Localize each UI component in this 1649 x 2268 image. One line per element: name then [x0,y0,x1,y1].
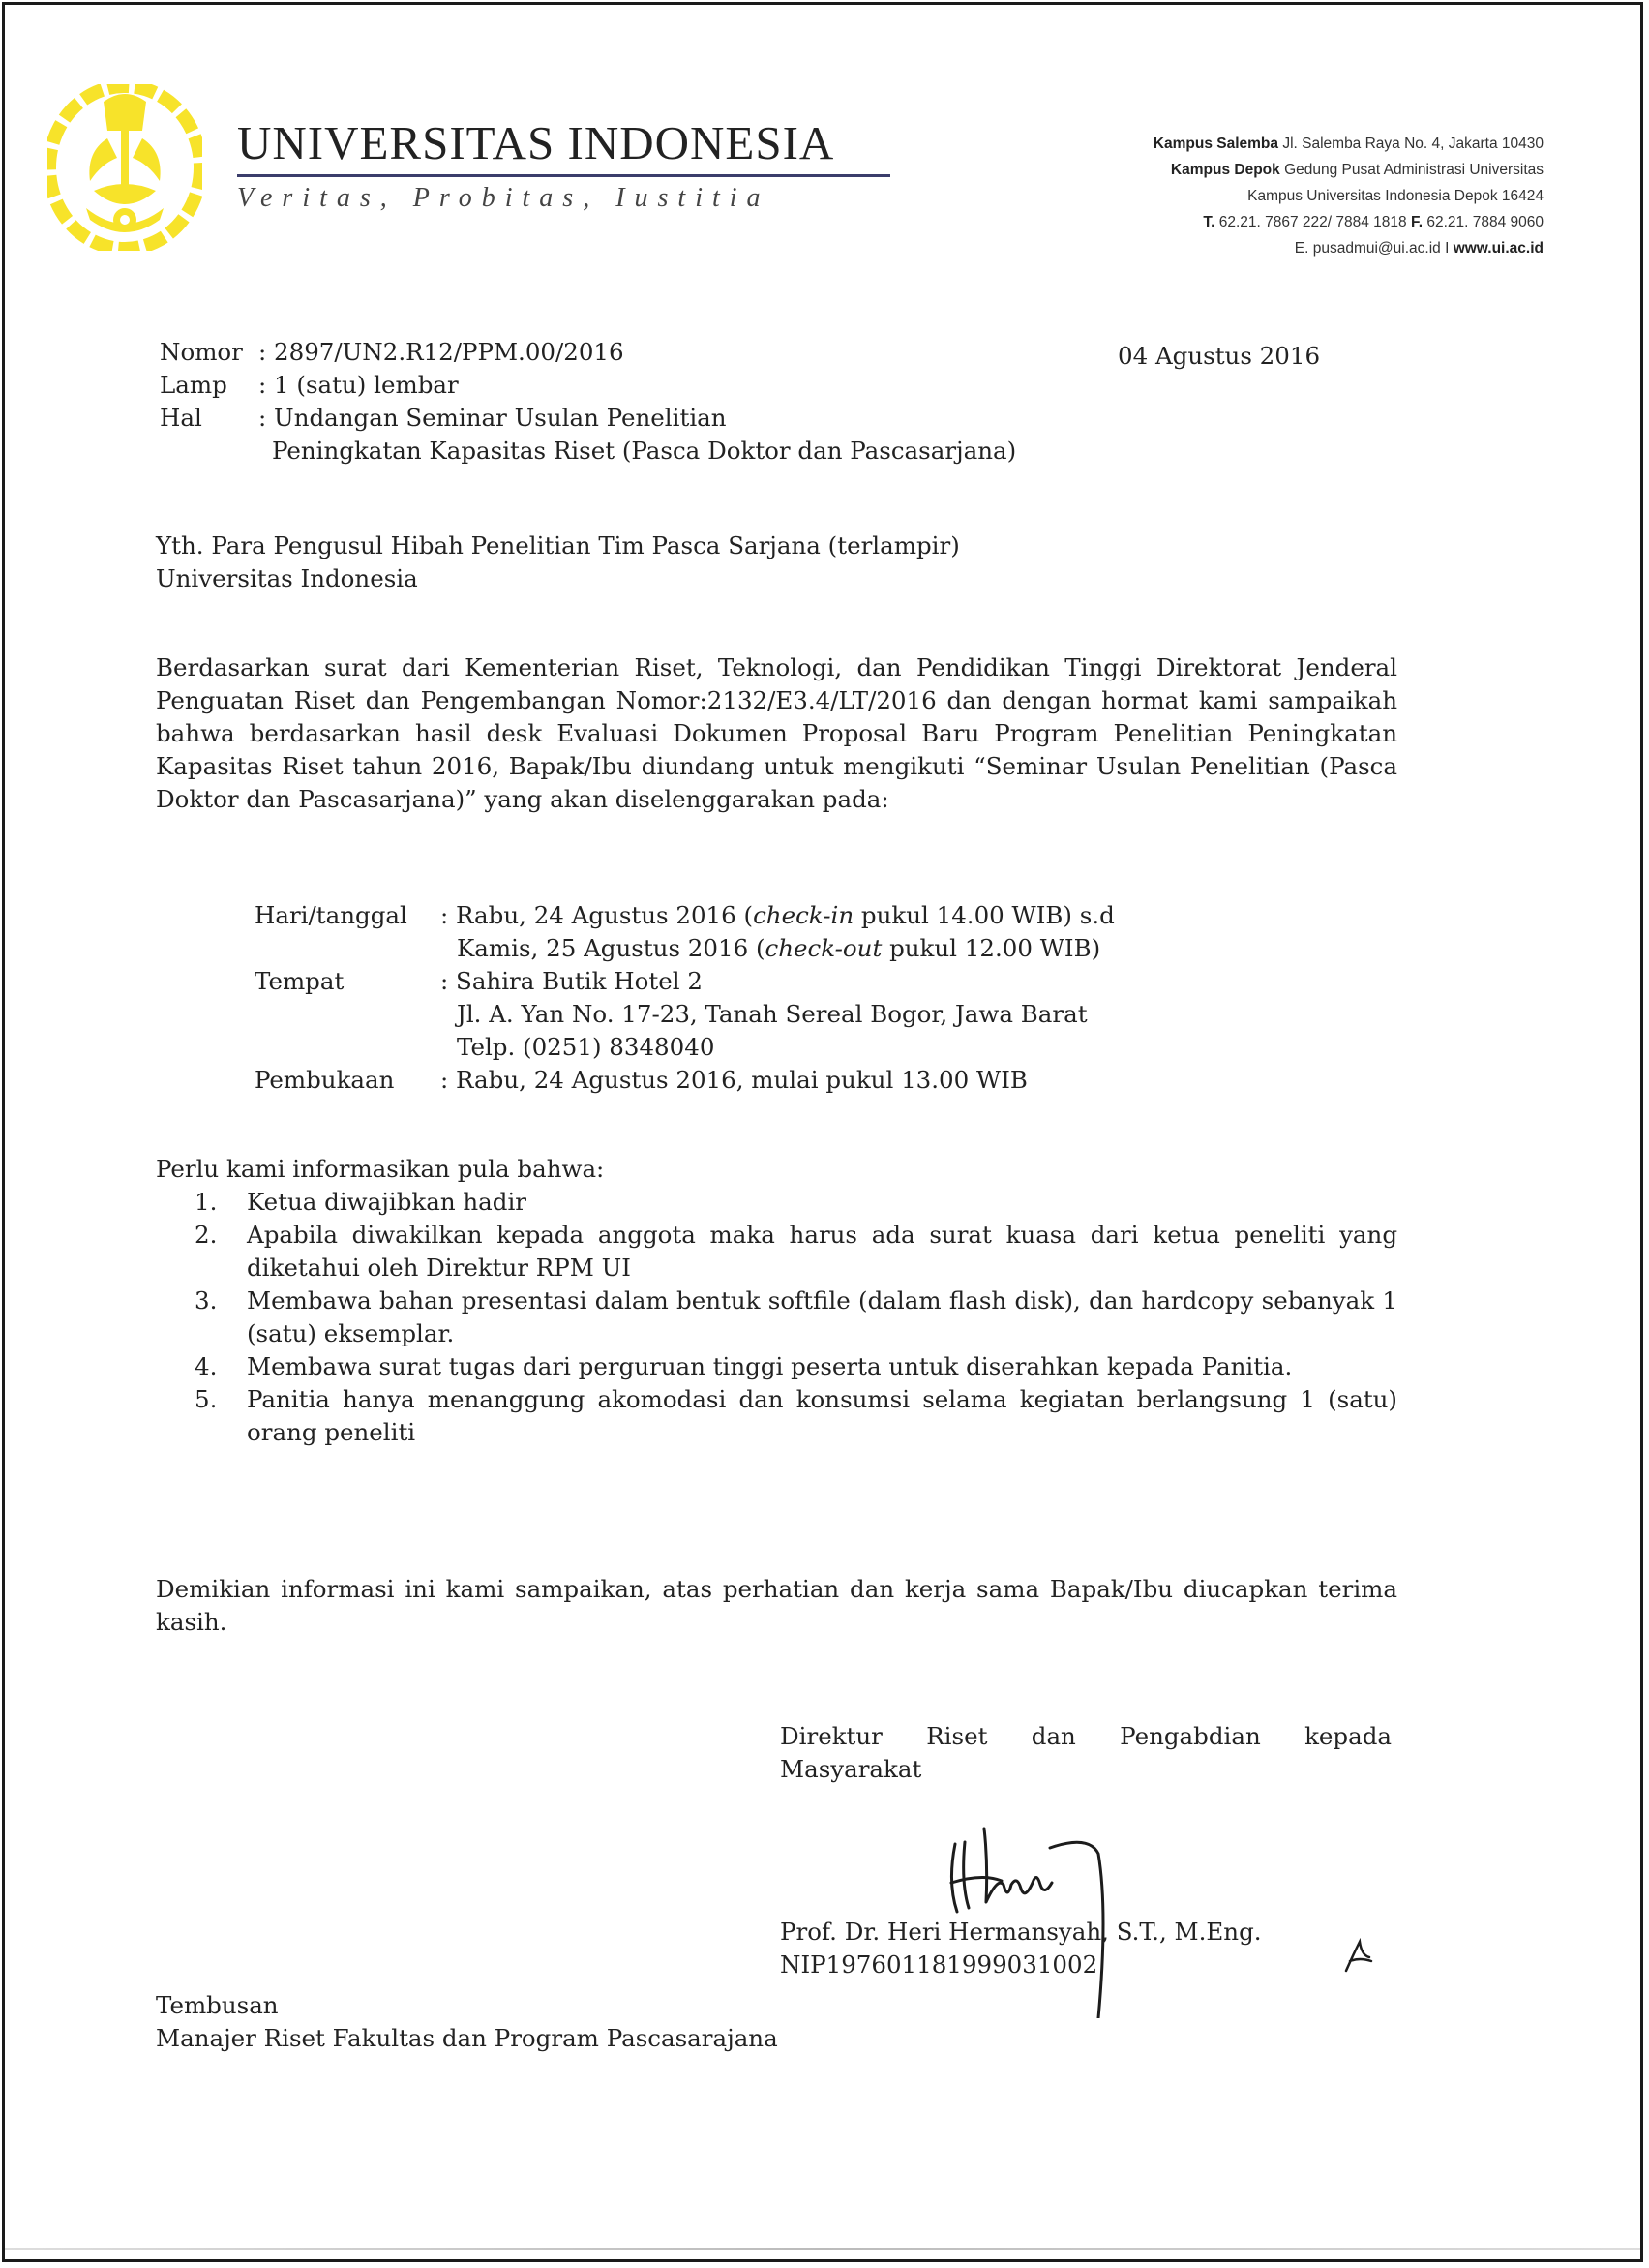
contact-depok: Kampus Depok Gedung Pusat Administrasi U… [1154,157,1544,183]
signatory-title: Direktur Riset dan Pengabdian kepada Mas… [780,1720,1392,1786]
meta-hal-cont: Peningkatan Kapasitas Riset (Pasca Dokto… [160,435,1016,468]
list-item: 2.Apabila diwakilkan kepada anggota maka… [195,1219,1397,1285]
detail-place-phone: Telp. (0251) 8348040 [255,1031,1115,1064]
detail-date: Hari/tanggal : Rabu, 24 Agustus 2016 (ch… [255,899,1115,932]
letter-date: 04 Agustus 2016 [1118,340,1320,373]
contact-depok-2: Kampus Universitas Indonesia Depok 16424 [1154,183,1544,209]
contact-email: E. pusadmui@ui.ac.id I www.ui.ac.id [1154,235,1544,261]
list-item: 5.Panitia hanya menanggung akomodasi dan… [195,1383,1397,1449]
brand-divider [237,174,890,177]
detail-place: Tempat : Sahira Butik Hotel 2 [255,965,1115,998]
bottom-scan-edge [5,2248,1640,2250]
list-item: 3.Membawa bahan presentasi dalam bentuk … [195,1285,1397,1350]
recipient: Yth. Para Pengusul Hibah Penelitian Tim … [156,529,960,595]
signatory-name: Prof. Dr. Heri Hermansyah, S.T., M.Eng. [780,1916,1262,1949]
body-paragraph-2: Perlu kami informasikan pula bahwa: [156,1153,1397,1186]
handwritten-initial-icon [1340,1936,1375,1975]
university-motto: Veritas, Probitas, Iustitia [237,183,890,214]
ui-makara-logo-icon [47,84,202,251]
cc-label: Tembusan [156,1989,778,2022]
university-name: UNIVERSITAS INDONESIA [237,119,890,166]
list-item: 4.Membawa surat tugas dari perguruan tin… [195,1350,1397,1383]
letter-page: UNIVERSITAS INDONESIA Veritas, Probitas,… [2,2,1643,2262]
detail-opening: Pembukaan : Rabu, 24 Agustus 2016, mulai… [255,1064,1115,1097]
letter-meta: Nomor : 2897/UN2.R12/PPM.00/2016 Lamp : … [160,336,1016,468]
closing-paragraph: Demikian informasi ini kami sampaikan, a… [156,1573,1397,1639]
list-item: 1.Ketua diwajibkan hadir [195,1186,1397,1219]
contact-phone: T. 62.21. 7867 222/ 7884 1818 F. 62.21. … [1154,209,1544,235]
meta-hal: Hal : Undangan Seminar Usulan Penelitian [160,402,1016,435]
detail-date-cont: Kamis, 25 Agustus 2016 (check-out pukul … [255,932,1115,965]
cc-block: Tembusan Manajer Riset Fakultas dan Prog… [156,1989,778,2055]
notes-list: 1.Ketua diwajibkan hadir 2.Apabila diwak… [195,1186,1397,1449]
recipient-line-1: Yth. Para Pengusul Hibah Penelitian Tim … [156,529,960,562]
detail-place-address: Jl. A. Yan No. 17-23, Tanah Sereal Bogor… [255,998,1115,1031]
website-link[interactable]: www.ui.ac.id [1454,240,1544,257]
signatory-title-block: Direktur Riset dan Pengabdian kepada Mas… [780,1720,1392,1786]
recipient-line-2: Universitas Indonesia [156,562,960,595]
meta-lamp: Lamp : 1 (satu) lembar [160,369,1016,402]
body-paragraph-1: Berdasarkan surat dari Kementerian Riset… [156,651,1397,816]
contact-salemba: Kampus Salemba Jl. Salemba Raya No. 4, J… [1154,131,1544,157]
meta-nomor: Nomor : 2897/UN2.R12/PPM.00/2016 [160,336,1016,369]
contact-block: Kampus Salemba Jl. Salemba Raya No. 4, J… [1154,131,1544,261]
signatory-nip: NIP197601181999031002 [780,1949,1097,1981]
university-brand: UNIVERSITAS INDONESIA Veritas, Probitas,… [237,119,890,214]
cc-recipient: Manajer Riset Fakultas dan Program Pasca… [156,2022,778,2055]
event-details: Hari/tanggal : Rabu, 24 Agustus 2016 (ch… [255,899,1115,1097]
